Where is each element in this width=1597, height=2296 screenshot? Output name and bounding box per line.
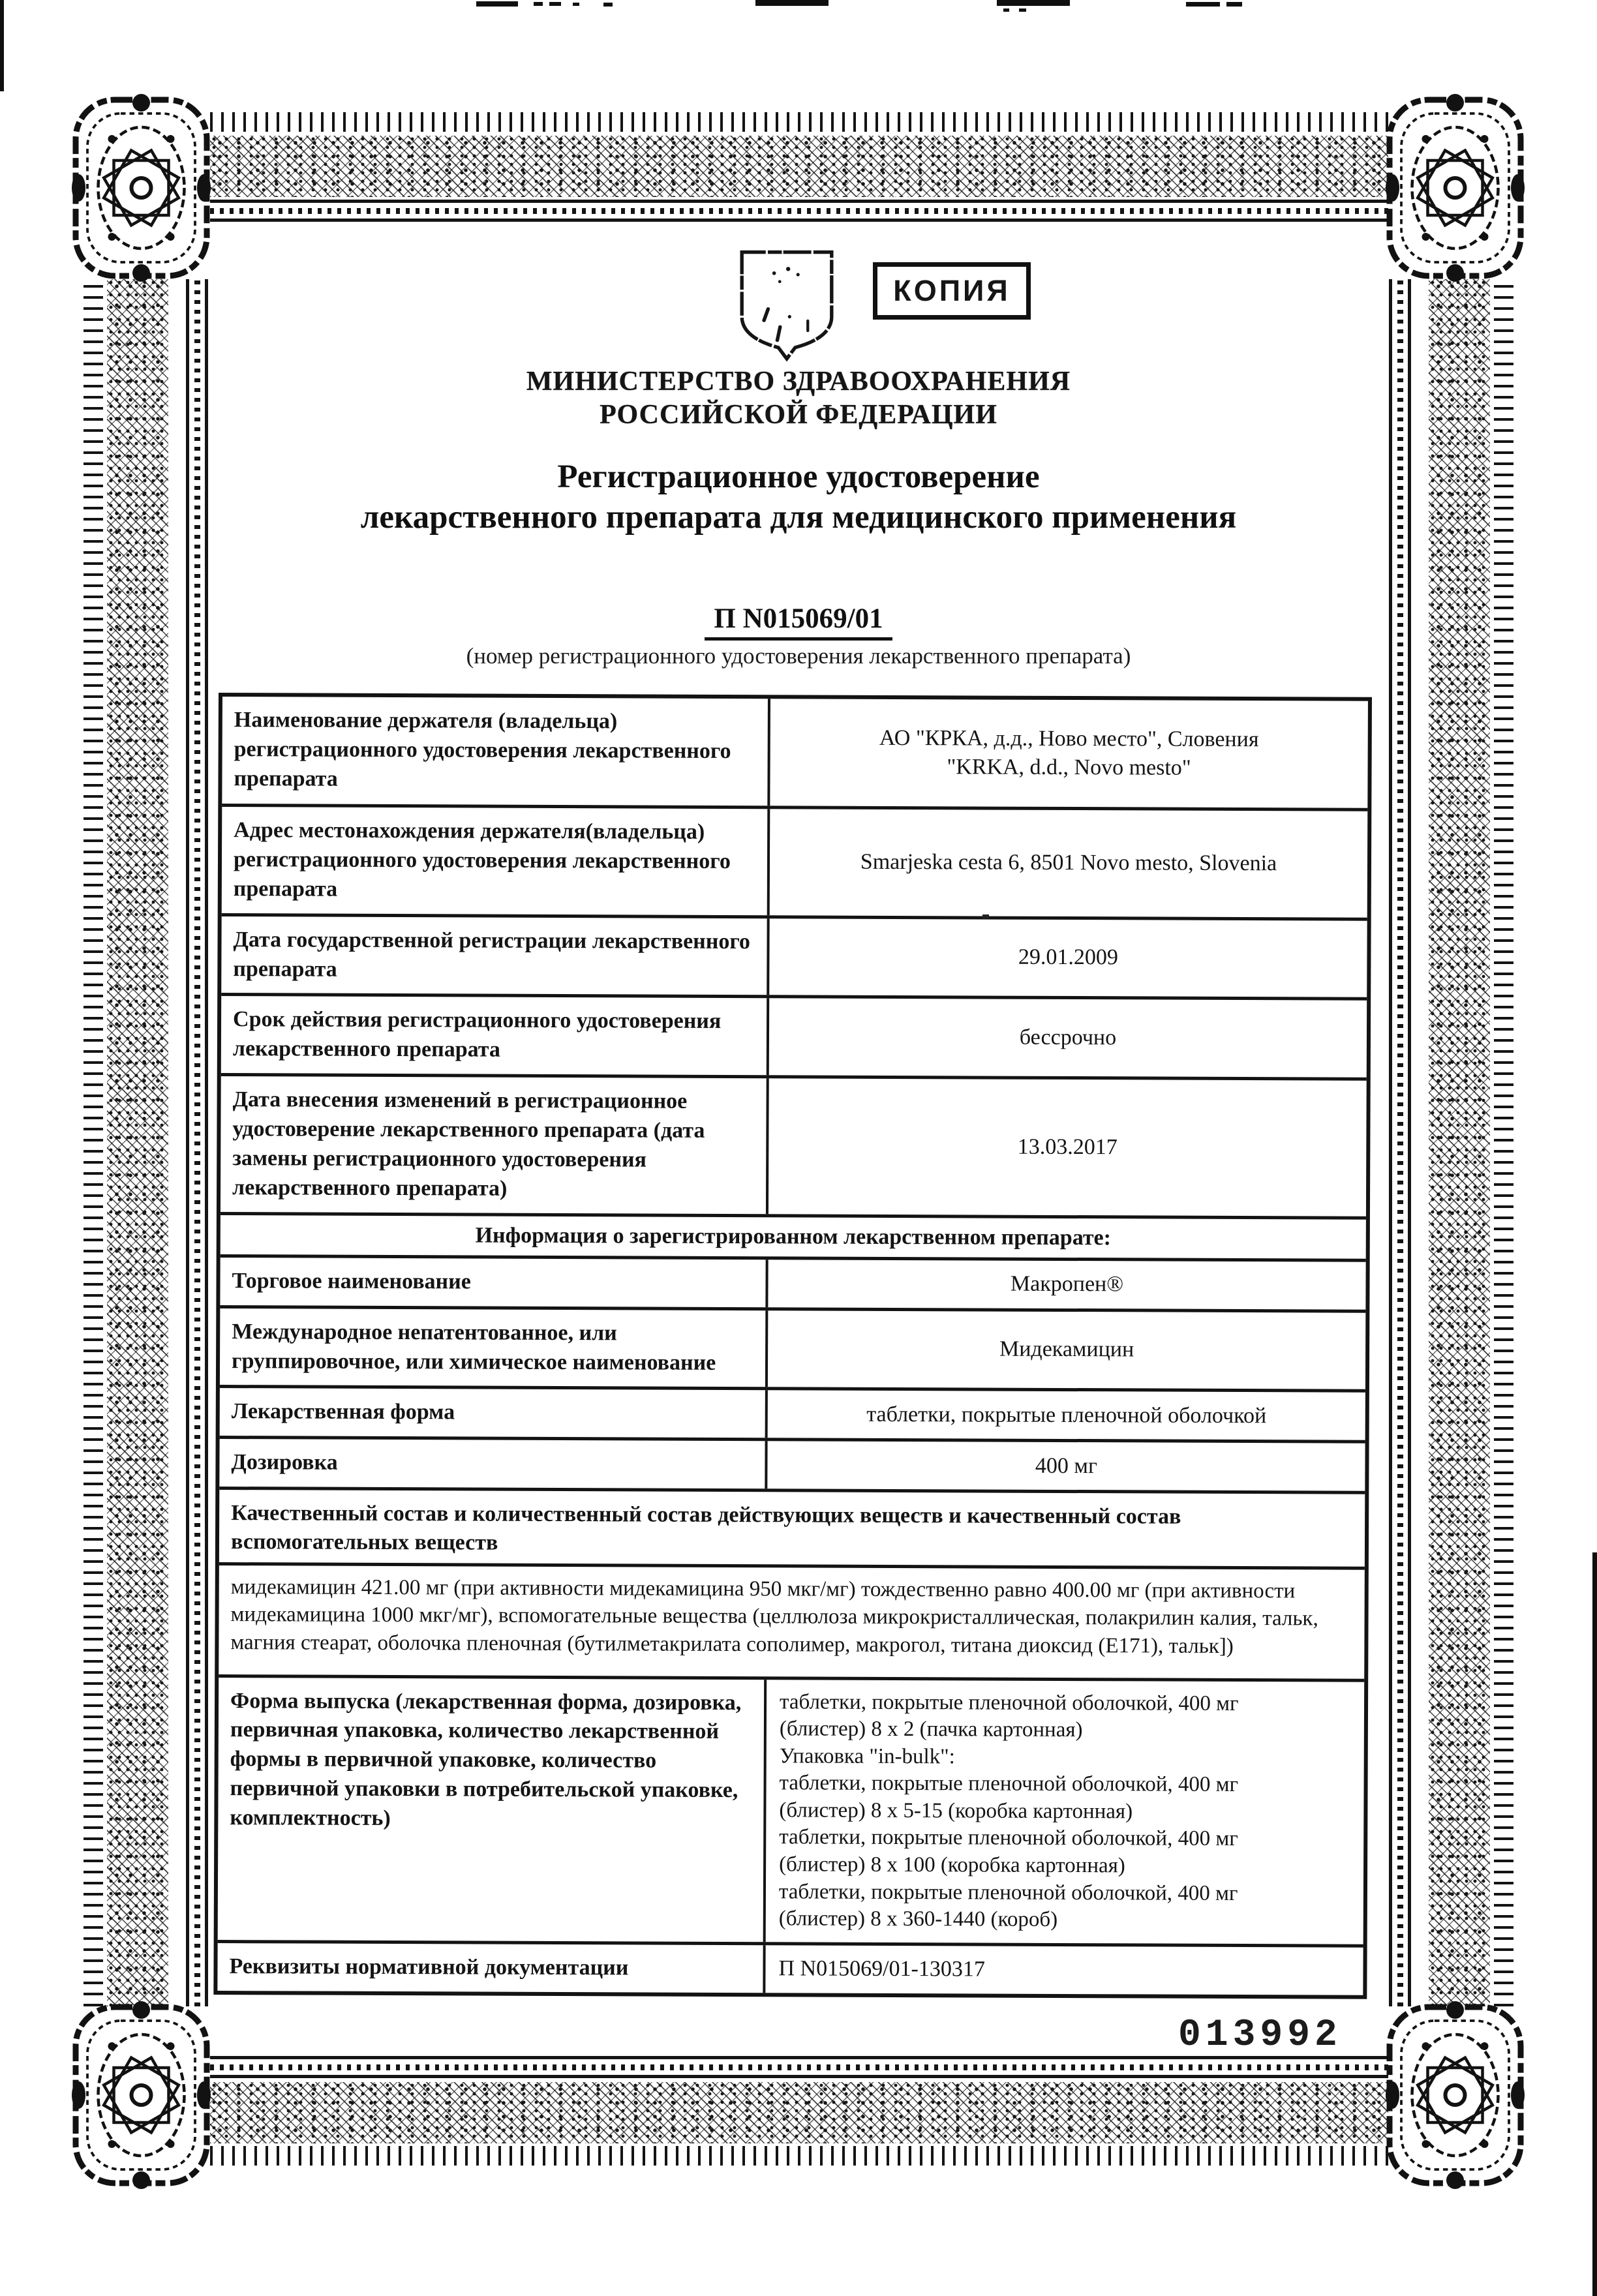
requisites-value: П N015069/01-130317	[765, 1945, 1363, 1995]
dosage-form-value: таблетки, покрытые пленочной оболочкой	[768, 1391, 1365, 1440]
validity-value: бессрочно	[769, 999, 1367, 1078]
registration-date-value: 29.01.2009	[769, 918, 1367, 997]
validity-label: Срок действия регистрационного удостовер…	[221, 996, 769, 1075]
corner-rosette-icon	[1382, 1997, 1529, 2193]
dosage-form-label: Лекарственная форма	[220, 1388, 768, 1438]
document-title: Регистрационное удостоверение лекарствен…	[146, 457, 1451, 537]
table-row-requisites: Реквизиты нормативной документации П N01…	[217, 1940, 1363, 1995]
address-value: Smarjeska cesta 6, 8501 Novo mesto, Slov…	[770, 809, 1368, 917]
table-row-validity: Срок действия регистрационного удостовер…	[221, 993, 1367, 1077]
dose-label: Дозировка	[219, 1439, 767, 1488]
address-label: Адрес местонахождения держателя(владельц…	[222, 807, 770, 915]
table-row-release-form: Форма выпуска (лекарственная форма, дози…	[218, 1674, 1365, 1944]
release-form-label: Форма выпуска (лекарственная форма, дози…	[218, 1678, 767, 1942]
trade-name-value: Макропен®	[768, 1260, 1365, 1309]
holder-label: Наименование держателя (владельца) регис…	[222, 697, 770, 806]
release-form-value: таблетки, покрытые пленочной оболочкой, …	[766, 1680, 1365, 1944]
registration-number: П N015069/01	[705, 603, 892, 641]
border-band-bottom	[210, 2053, 1388, 2166]
inn-label: Международное непатентованное, или групп…	[220, 1308, 768, 1387]
info-section-title: Информация о зарегистрированном лекарств…	[221, 1215, 1366, 1259]
registration-number-caption: (номер регистрационного удостоверения ле…	[277, 643, 1320, 669]
holder-value: АО "КРКА, д.д., Ново место", Словения "K…	[770, 699, 1368, 808]
corner-rosette-icon	[68, 1997, 215, 2193]
table-row-dosage-form: Лекарственная форма таблетки, покрытые п…	[220, 1385, 1365, 1440]
table-row-holder: Наименование держателя (владельца) регис…	[222, 697, 1368, 808]
copy-stamp: КОПИЯ	[873, 262, 1031, 320]
dose-value: 400 мг	[767, 1442, 1365, 1491]
title-line-2: лекарственного препарата для медицинског…	[146, 497, 1451, 537]
table-row-trade-name: Торговое наименование Макропен®	[220, 1254, 1365, 1310]
table-row-composition-text: мидекамицин 421.00 мг (при активности ми…	[219, 1562, 1365, 1679]
registration-date-label: Дата государственной регистрации лекарст…	[221, 916, 769, 995]
copy-stamp-label: КОПИЯ	[893, 274, 1011, 308]
registration-number-block: П N015069/01	[277, 603, 1320, 641]
ministry-line-1: МИНИСТЕРСТВО ЗДРАВООХРАНЕНИЯ	[277, 365, 1320, 399]
certificate-table: Наименование держателя (владельца) регис…	[213, 693, 1372, 1999]
scan-speckle	[982, 914, 989, 918]
coat-of-arms-shield-icon	[731, 247, 843, 359]
ministry-line-2: РОССИЙСКОЙ ФЕДЕРАЦИИ	[277, 399, 1320, 432]
table-row-inn: Международное непатентованное, или групп…	[220, 1305, 1365, 1389]
amendment-date-value: 13.03.2017	[768, 1078, 1367, 1216]
border-band-right	[1386, 279, 1513, 2006]
ministry-header: МИНИСТЕРСТВО ЗДРАВООХРАНЕНИЯ РОССИЙСКОЙ …	[277, 365, 1320, 432]
composition-header: Качественный состав и количественный сос…	[219, 1490, 1365, 1566]
form-serial-number: 013992	[1178, 2014, 1342, 2057]
border-band-left	[84, 279, 211, 2006]
table-row-dose: Дозировка 400 мг	[219, 1436, 1365, 1491]
border-band-top	[210, 112, 1388, 224]
composition-text: мидекамицин 421.00 мг (при активности ми…	[219, 1565, 1365, 1679]
corner-rosette-icon	[68, 90, 215, 286]
trade-name-label: Торговое наименование	[220, 1258, 768, 1307]
requisites-label: Реквизиты нормативной документации	[217, 1943, 765, 1993]
table-row-registration-date: Дата государственной регистрации лекарст…	[221, 913, 1367, 997]
amendment-date-label: Дата внесения изменений в регистрационно…	[221, 1076, 769, 1214]
title-line-1: Регистрационное удостоверение	[146, 457, 1451, 497]
table-row-composition-header: Качественный состав и количественный сос…	[219, 1487, 1365, 1566]
corner-rosette-icon	[1382, 90, 1529, 286]
table-row-amendment-date: Дата внесения изменений в регистрационно…	[221, 1073, 1367, 1216]
inn-value: Мидекамицин	[768, 1310, 1365, 1389]
table-section-info: Информация о зарегистрированном лекарств…	[221, 1212, 1366, 1259]
table-row-address: Адрес местонахождения держателя(владельц…	[222, 804, 1368, 917]
scanned-certificate-page: { "colors": {"ink": "#1a1a1a", "paper": …	[0, 0, 1597, 2296]
